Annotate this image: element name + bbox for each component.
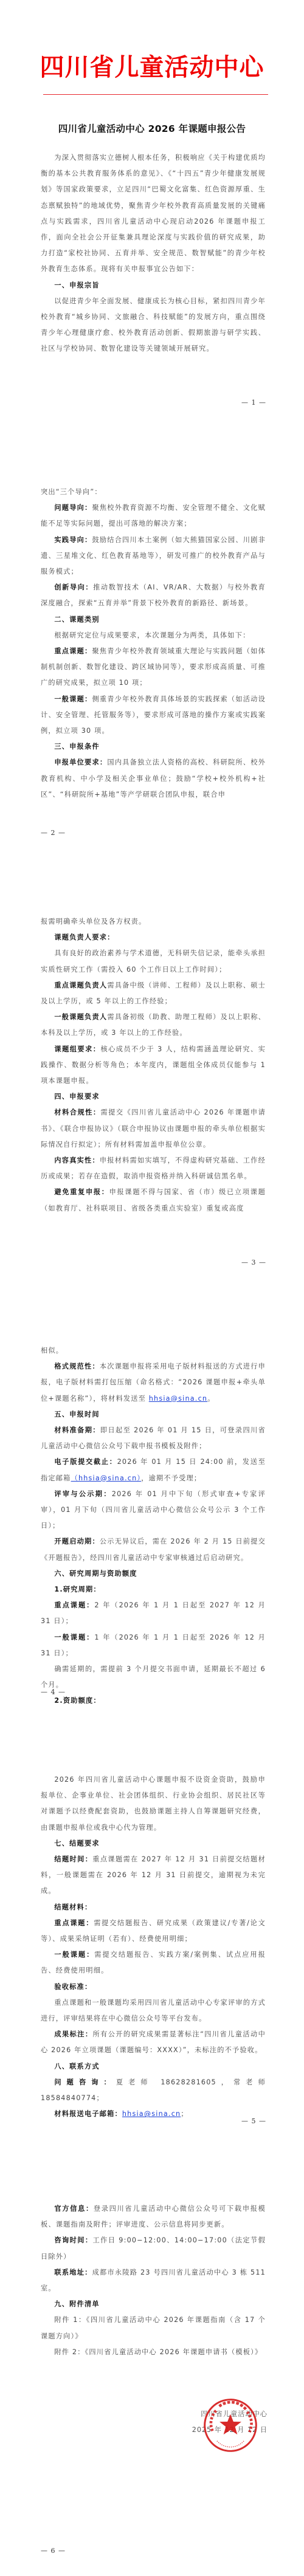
submission-email: 材料报送电子邮箱：hhsia@sina.cn； [41, 2106, 266, 2122]
page-3-body: 报需明确牵头单位及各方权责。 课题负责人要求： 具有良好的政治素养与学术道德，无… [41, 914, 266, 1217]
section-2-heading: 二、课题类别 [41, 612, 266, 628]
general-leader-req: 一般课题负责人需具备初级（助教、助理工程师）及以上职称、本科及以上学历，或 3 … [41, 1009, 266, 1041]
section-1-heading: 一、申报宗旨 [41, 278, 266, 294]
result-marking: 成果标注：所有公开的研究成果需显著标注“四川省儿童活动中心 2026 年立项课题… [41, 2027, 266, 2058]
section-2-intro: 根据研究定位与成果要求，本次课题分为两类，具体如下： [41, 628, 266, 644]
compliance-requirement: 材料合规性：需提交《四川省儿童活动中心 2026 年课题申请书》、《联合申报协议… [41, 1105, 266, 1153]
closing-key: 重点课题：需提交结题报告、研究成果（政策建议/专著/论文等）、成果采纳证明（若有… [41, 1915, 266, 1947]
cycle-general: 一般课题：1 年（2026 年 1 月 1 日起至 2026 年 12 月 31… [41, 1630, 266, 1661]
page-4-body: 相似。 格式规范性：本次课题申报将采用电子版材料报送的方式进行申报，电子版材料需… [41, 1343, 266, 1709]
orientation-innovation: 创新导向：推动数智技术（AI、VR/AR、大数据）与校外教育深度融合，探索“五育… [41, 580, 266, 611]
intro-paragraph: 为深入贯彻落实立德树人根本任务，积极响应《关于构建优质均衡的基本公共教育服务体系… [41, 150, 266, 278]
unit-requirement-cont: 报需明确牵头单位及各方权责。 [41, 914, 266, 930]
page-number-5: — 5 — [237, 2117, 266, 2125]
category-key: 重点课题：聚焦青少年校外教育领域重大理论与实践问题（如体制机制创新、数智化建设、… [41, 644, 266, 692]
section-9-heading: 九、附件清单 [41, 2296, 266, 2312]
orientation-intro: 突出“三个导向”： [41, 484, 266, 500]
acceptance-text: 重点课题和一般课题均采用四川省儿童活动中心专家评审的方式进行，评审结果将在中心微… [41, 1995, 266, 2027]
page-number-4: — 4 — [41, 1688, 77, 1696]
cycle-key: 重点课题：2 年（2026 年 1 月 1 日起至 2027 年 12 月 31… [41, 1598, 266, 1629]
research-cycle-heading: 1.研究周期： [41, 1582, 266, 1598]
orientation-problem-label: 问题导向： [54, 504, 92, 512]
section-6-heading: 六、研究周期与资助额度 [41, 1566, 266, 1582]
email-link[interactable]: hhsia@sina.cn [149, 1395, 207, 1403]
leader-general-text: 具有良好的政治素养与学术道德，无科研失信记录，能牵头承担实质性研究工作（需投入 … [41, 946, 266, 977]
section-5-heading: 五、申报时间 [41, 1407, 266, 1423]
orientation-problem: 问题导向：聚焦校外教育资源不均衡、安全管理不健全、文化赋能不足等实际问题，提出可… [41, 500, 266, 532]
category-general: 一般课题：侧重青少年校外教育具体场景的实践探索（如活动设计、安全管理、托管服务等… [41, 692, 266, 740]
section-1-body: 以促进青少年全面发展、健康成长为核心目标，紧扣四川青少年校外教育“城乡协同、文旅… [41, 294, 266, 357]
section-7-heading: 七、结题要求 [41, 1836, 266, 1852]
official-seal-icon [202, 2397, 258, 2453]
page-2-body: 突出“三个导向”： 问题导向：聚焦校外教育资源不均衡、安全管理不健全、文化赋能不… [41, 484, 266, 803]
deadline-email-link[interactable]: （hhsia@sina.cn） [71, 1474, 142, 1482]
truth-requirement: 内容真实性：申报材料需如实填写，不得虚构研究基础、工作经历或成果；若存在造假，取… [41, 1153, 266, 1184]
closing-general: 一般课题：需提交结题报告、实践方案/案例集、试点应用报告、经费使用明细。 [41, 1947, 266, 1979]
consult-contacts: 问题咨询：夏老师 18628281605，常老师 18584840774； [41, 2075, 266, 2106]
team-requirement: 课题组要求：核心成员不少于 3 人，结构需涵盖理论研究、实践操作、数据分析等角色… [41, 1042, 266, 1090]
contact-email-link[interactable]: hhsia@sina.cn [122, 2110, 181, 2118]
submission-deadline: 电子版提交截止：2026 年 01 月 15 日 24:00 前，发送至指定邮箱… [41, 1454, 266, 1486]
section-8-heading: 八、联系方式 [41, 2059, 266, 2075]
funding-text: 2026 年四川省儿童活动中心课题申报不设资金资助，鼓励申报单位、企事业单位、社… [41, 1772, 266, 1836]
orientation-practice: 实践导向：鼓励结合四川本土案例（如大熊猫国家公园、川剧非遗、三星堆文化、红色教育… [41, 532, 266, 580]
page-5-body: 2026 年四川省儿童活动中心课题申报不设资金资助，鼓励申报单位、企事业单位、社… [41, 1772, 266, 2122]
page-number-3: — 3 — [237, 1259, 266, 1266]
attachment-2: 附件 2：《四川省儿童活动中心 2026 年课题申请书（模板）》 [41, 2344, 266, 2360]
page-number-1: — 1 — [237, 399, 266, 407]
acceptance-heading: 验收标准： [41, 1979, 266, 1995]
section-4-heading: 四、申报要求 [41, 1089, 266, 1105]
closing-time: 结题时间：重点课题需在 2027 年 12 月 31 日前提交结题材料，一般课题… [41, 1852, 266, 1900]
kickoff-period: 开题启动期：公示无异议后，需在 2026 年 2 月 15 日前提交《开题报告》… [41, 1534, 266, 1565]
section-3-heading: 三、申报条件 [41, 739, 266, 755]
page-number-2: — 2 — [41, 829, 77, 837]
page-1-body: 为深入贯彻落实立德树人根本任务，积极响应《关于构建优质均衡的基本公共教育服务体系… [41, 150, 266, 357]
page-number-6: — 6 — [41, 2547, 77, 2555]
key-leader-req: 重点课题负责人需具备中级（讲师、工程师）及以上职称、硕士及以上学历，或 5 年以… [41, 978, 266, 1009]
masthead-divider [43, 94, 268, 95]
official-info: 官方信息：登录四川省儿童活动中心微信公众号可下载申报模板、课题指南及附件；评审进… [41, 2201, 266, 2233]
contact-address: 联系地址：成都市永陵路 23 号四川省儿童活动中心 3 栋 511 室。 [41, 2265, 266, 2296]
format-requirement: 格式规范性：本次课题申报将采用电子版材料报送的方式进行申报，电子版材料需打包压缩… [41, 1359, 266, 1407]
consult-hours: 咨询时间：工作日 9:00−12:00、14:00−17:00（法定节假日除外） [41, 2233, 266, 2264]
attachment-1: 附件 1：《四川省儿童活动中心 2026 年课题指南（含 17 个课题方向）》 [41, 2312, 266, 2344]
review-period: 评审与公示期：2026 年 01 月中下旬（形式审查+专家评审），01 月下旬（… [41, 1486, 266, 1534]
closing-materials-heading: 结题材料： [41, 1900, 266, 1915]
prep-period: 材料准备期：即日起至 2026 年 01 月 15 日，可登录四川省儿童活动中心… [41, 1423, 266, 1454]
duplication-cont: 相似。 [41, 1343, 266, 1359]
org-masthead: 四川省儿童活动中心 [0, 52, 304, 83]
unit-requirement: 申报单位要求：国内具备独立法人资格的高校、科研院所、校外教育机构、中小学及相关企… [41, 755, 266, 803]
duplication-requirement: 避免重复申报：申报课题不得与国家、省（市）级已立项课题（如教育厅、社科联项目、省… [41, 1184, 266, 1216]
page-6-body: 官方信息：登录四川省儿童活动中心微信公众号可下载申报模板、课题指南及附件；评审进… [41, 2201, 266, 2360]
leader-heading: 课题负责人要求： [41, 930, 266, 946]
document-title: 四川省儿童活动中心 2026 年课题申报公告 [0, 122, 304, 135]
